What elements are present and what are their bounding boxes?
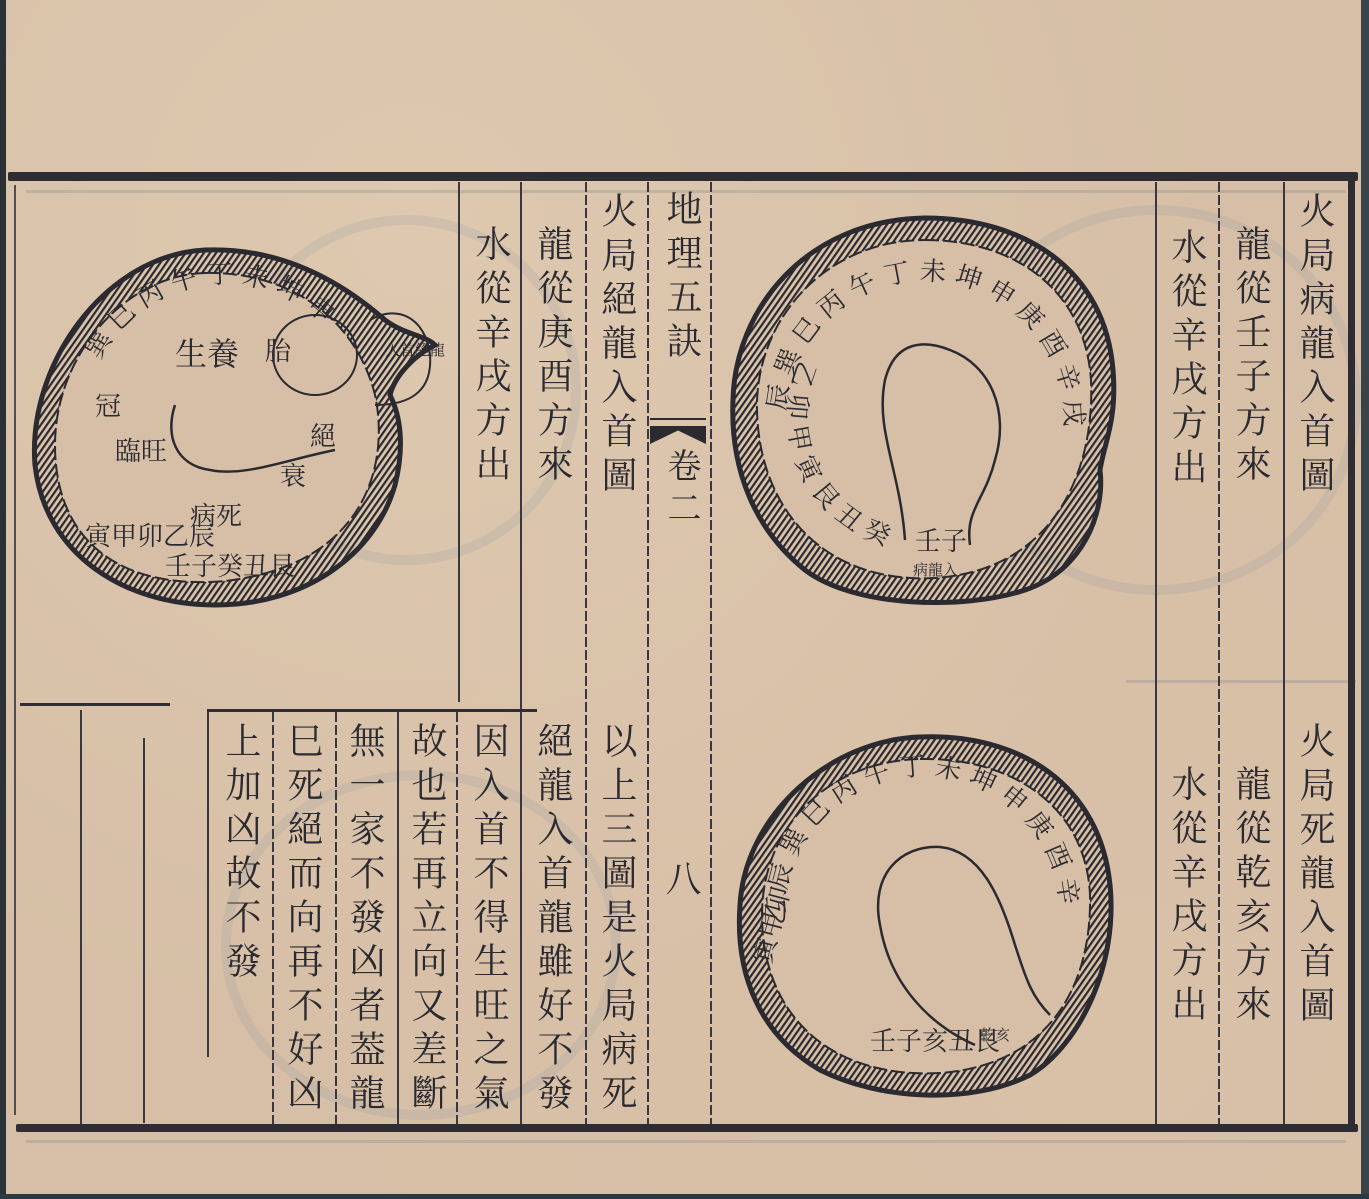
compass-diagram-sick-dragon: 辰 巽 巳 丙 午 丁 未 坤 申 庚 酉 辛 戌 乾 乙 卯 甲 寅 艮 丑 … — [725, 210, 1125, 614]
fishtail-rule — [650, 418, 706, 420]
commentary-line: 絕龍入首龍雖好不發 — [534, 722, 570, 1118]
compass-stage-label-small: 胎 — [265, 337, 292, 367]
column-rule — [207, 712, 209, 1057]
bleed-through-line — [26, 1140, 1346, 1143]
section-divider — [20, 703, 170, 706]
commentary-line: 因入首不得生旺之氣 — [470, 722, 506, 1118]
compass-bottom-labels: 壬子 — [915, 527, 967, 557]
column-rule — [272, 712, 274, 1124]
column-rule — [456, 712, 458, 1124]
compass-stage-labels: 冠 — [95, 392, 121, 422]
title-dead-dragon: 火局死龍入首圖 — [1296, 722, 1332, 1030]
water-exit-1: 水從辛戌方出 — [1168, 228, 1204, 492]
frame-left-rule — [14, 185, 16, 1115]
compass-side-labels: 絕 — [310, 422, 336, 452]
commentary-line: 無一家不發凶者葢龍 — [346, 722, 382, 1118]
commentary-line: 以上三圖是火局病死 — [598, 722, 634, 1118]
title-sick-dragon: 火局病龍入首圖 — [1296, 192, 1332, 500]
column-rule — [1218, 182, 1220, 1124]
title-cut-dragon: 火局絕龍入首圖 — [598, 192, 634, 500]
book-title: 地理五訣 — [663, 190, 699, 366]
column-rule — [397, 712, 399, 1124]
compass-stage-labels: 臨旺 — [115, 437, 167, 467]
section-divider — [207, 709, 537, 712]
compass-bottom-labels: 壬子癸丑艮 — [165, 552, 295, 582]
water-exit-3: 水從辛戌方出 — [472, 225, 508, 489]
scan-right-edge — [1361, 0, 1369, 1199]
frame-top-border — [8, 172, 1358, 181]
compass-diagram-cut-dragon: 巽 巳 丙 午 丁 未 坤 申 生養 胎 絕 衰 冠 臨旺 病死 寅甲卯乙辰 壬… — [25, 245, 455, 619]
column-rule — [520, 182, 522, 1124]
column-rule — [80, 710, 82, 1124]
column-rule — [458, 182, 460, 702]
scan-bottom-edge — [0, 1194, 1369, 1199]
water-exit-2: 水從辛戌方出 — [1168, 765, 1204, 1029]
compass-diagram-dead-dragon: 乙 辰 巽 巳 丙 午 丁 未 坤 申 庚 酉 辛 戌 寅甲卯 壬子亥丑艮 乾亥 — [730, 725, 1120, 1109]
dragon-source-3: 龍從庚酉方來 — [534, 225, 570, 489]
dragon-source-2: 龍從乾亥方來 — [1232, 765, 1268, 1029]
column-rule — [585, 182, 587, 1124]
commentary-line: 巳死絕而向再不好凶 — [284, 722, 320, 1118]
frame-bottom-border — [16, 1124, 1358, 1132]
column-rule — [710, 182, 712, 1124]
frame-right-border — [1348, 172, 1355, 1132]
commentary-line: 上加凶故不發 — [222, 722, 258, 986]
page-number: 八 — [662, 860, 698, 904]
compass-inner-note: 入首絕龍 — [385, 341, 445, 359]
volume-label: 卷二 — [664, 448, 698, 532]
dragon-source-1: 龍從壬子方來 — [1232, 225, 1268, 489]
column-rule — [1283, 182, 1285, 1124]
column-rule — [143, 738, 145, 1123]
compass-side-labels: 衰 — [280, 462, 306, 492]
column-rule — [647, 182, 649, 1124]
column-rule — [1155, 182, 1157, 1124]
bleed-through-line — [1126, 680, 1356, 683]
compass-inner-note: 乾亥 — [980, 1026, 1010, 1044]
column-rule — [335, 712, 337, 1124]
compass-stage-labels: 生養 — [175, 335, 239, 373]
compass-inner-note: 病龍入 — [913, 561, 958, 579]
compass-bottom-labels: 寅甲卯乙辰 — [85, 522, 215, 552]
commentary-line: 故也若再立向又差斷 — [408, 722, 444, 1118]
